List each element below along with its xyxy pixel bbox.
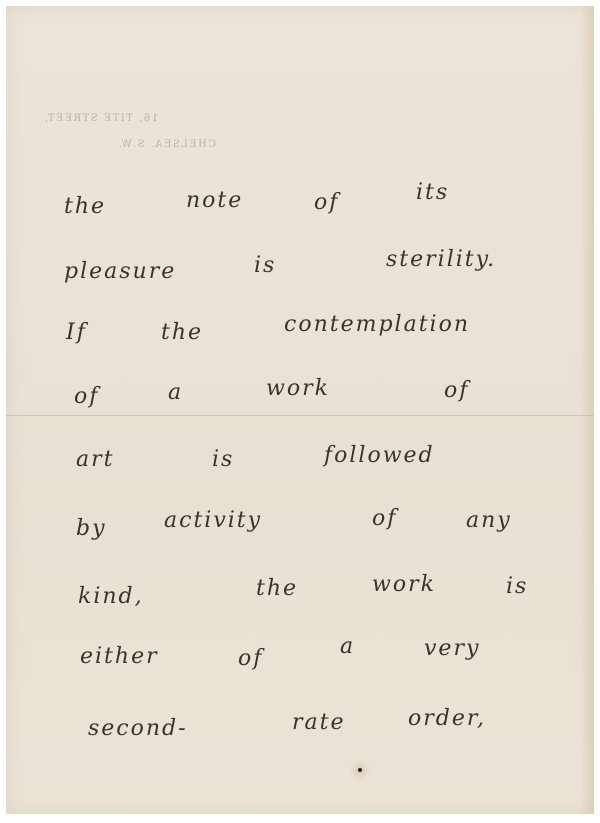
word: rate (292, 710, 346, 735)
word: of (444, 378, 469, 403)
word: is (254, 253, 276, 278)
word: contemplation (284, 312, 470, 337)
word: order, (408, 706, 486, 731)
word: by (76, 516, 107, 541)
word: followed (324, 443, 435, 468)
word: the (161, 320, 203, 345)
word: note (186, 188, 243, 213)
word: is (212, 447, 234, 472)
handwritten-line-5: art is followed (6, 441, 594, 491)
word: activity (164, 508, 262, 533)
word: very (424, 636, 480, 661)
letterhead-address-line-1: 16, TITE STREET, (43, 106, 216, 132)
letter-page: 16, TITE STREET, CHELSEA. S.W. the note … (6, 6, 594, 814)
handwritten-line-7: kind, the work is (6, 574, 594, 624)
word: either (80, 644, 159, 669)
word: a (340, 634, 355, 659)
word: If (66, 320, 87, 345)
ink-spot (358, 768, 362, 772)
word: of (74, 384, 99, 409)
handwritten-line-8: either of a very (6, 636, 594, 686)
handwritten-line-3: If the contemplation (6, 316, 594, 366)
word: the (256, 576, 298, 601)
word: any (466, 508, 512, 533)
word: a (168, 380, 183, 405)
word: its (416, 180, 449, 205)
word: of (238, 646, 263, 671)
word: of (372, 506, 397, 531)
letterhead-address-line-2: CHELSEA. S.W. (43, 132, 216, 158)
handwritten-line-9: second- rate order, (6, 706, 594, 756)
handwritten-line-4: of a work of (6, 378, 594, 428)
letterhead-show-through: 16, TITE STREET, CHELSEA. S.W. (43, 106, 216, 158)
word: the (64, 194, 106, 219)
word: sterility. (386, 247, 496, 272)
handwritten-line-1: the note of its (6, 186, 594, 236)
word: kind, (78, 584, 144, 609)
word: pleasure (64, 259, 176, 284)
word: work (372, 572, 436, 597)
handwritten-line-2: pleasure is sterility. (6, 251, 594, 301)
handwritten-line-6: by activity of any (6, 506, 594, 556)
word: second- (88, 716, 188, 741)
word: work (266, 376, 330, 401)
word: art (76, 447, 114, 472)
word: is (506, 574, 528, 599)
word: of (314, 190, 339, 215)
